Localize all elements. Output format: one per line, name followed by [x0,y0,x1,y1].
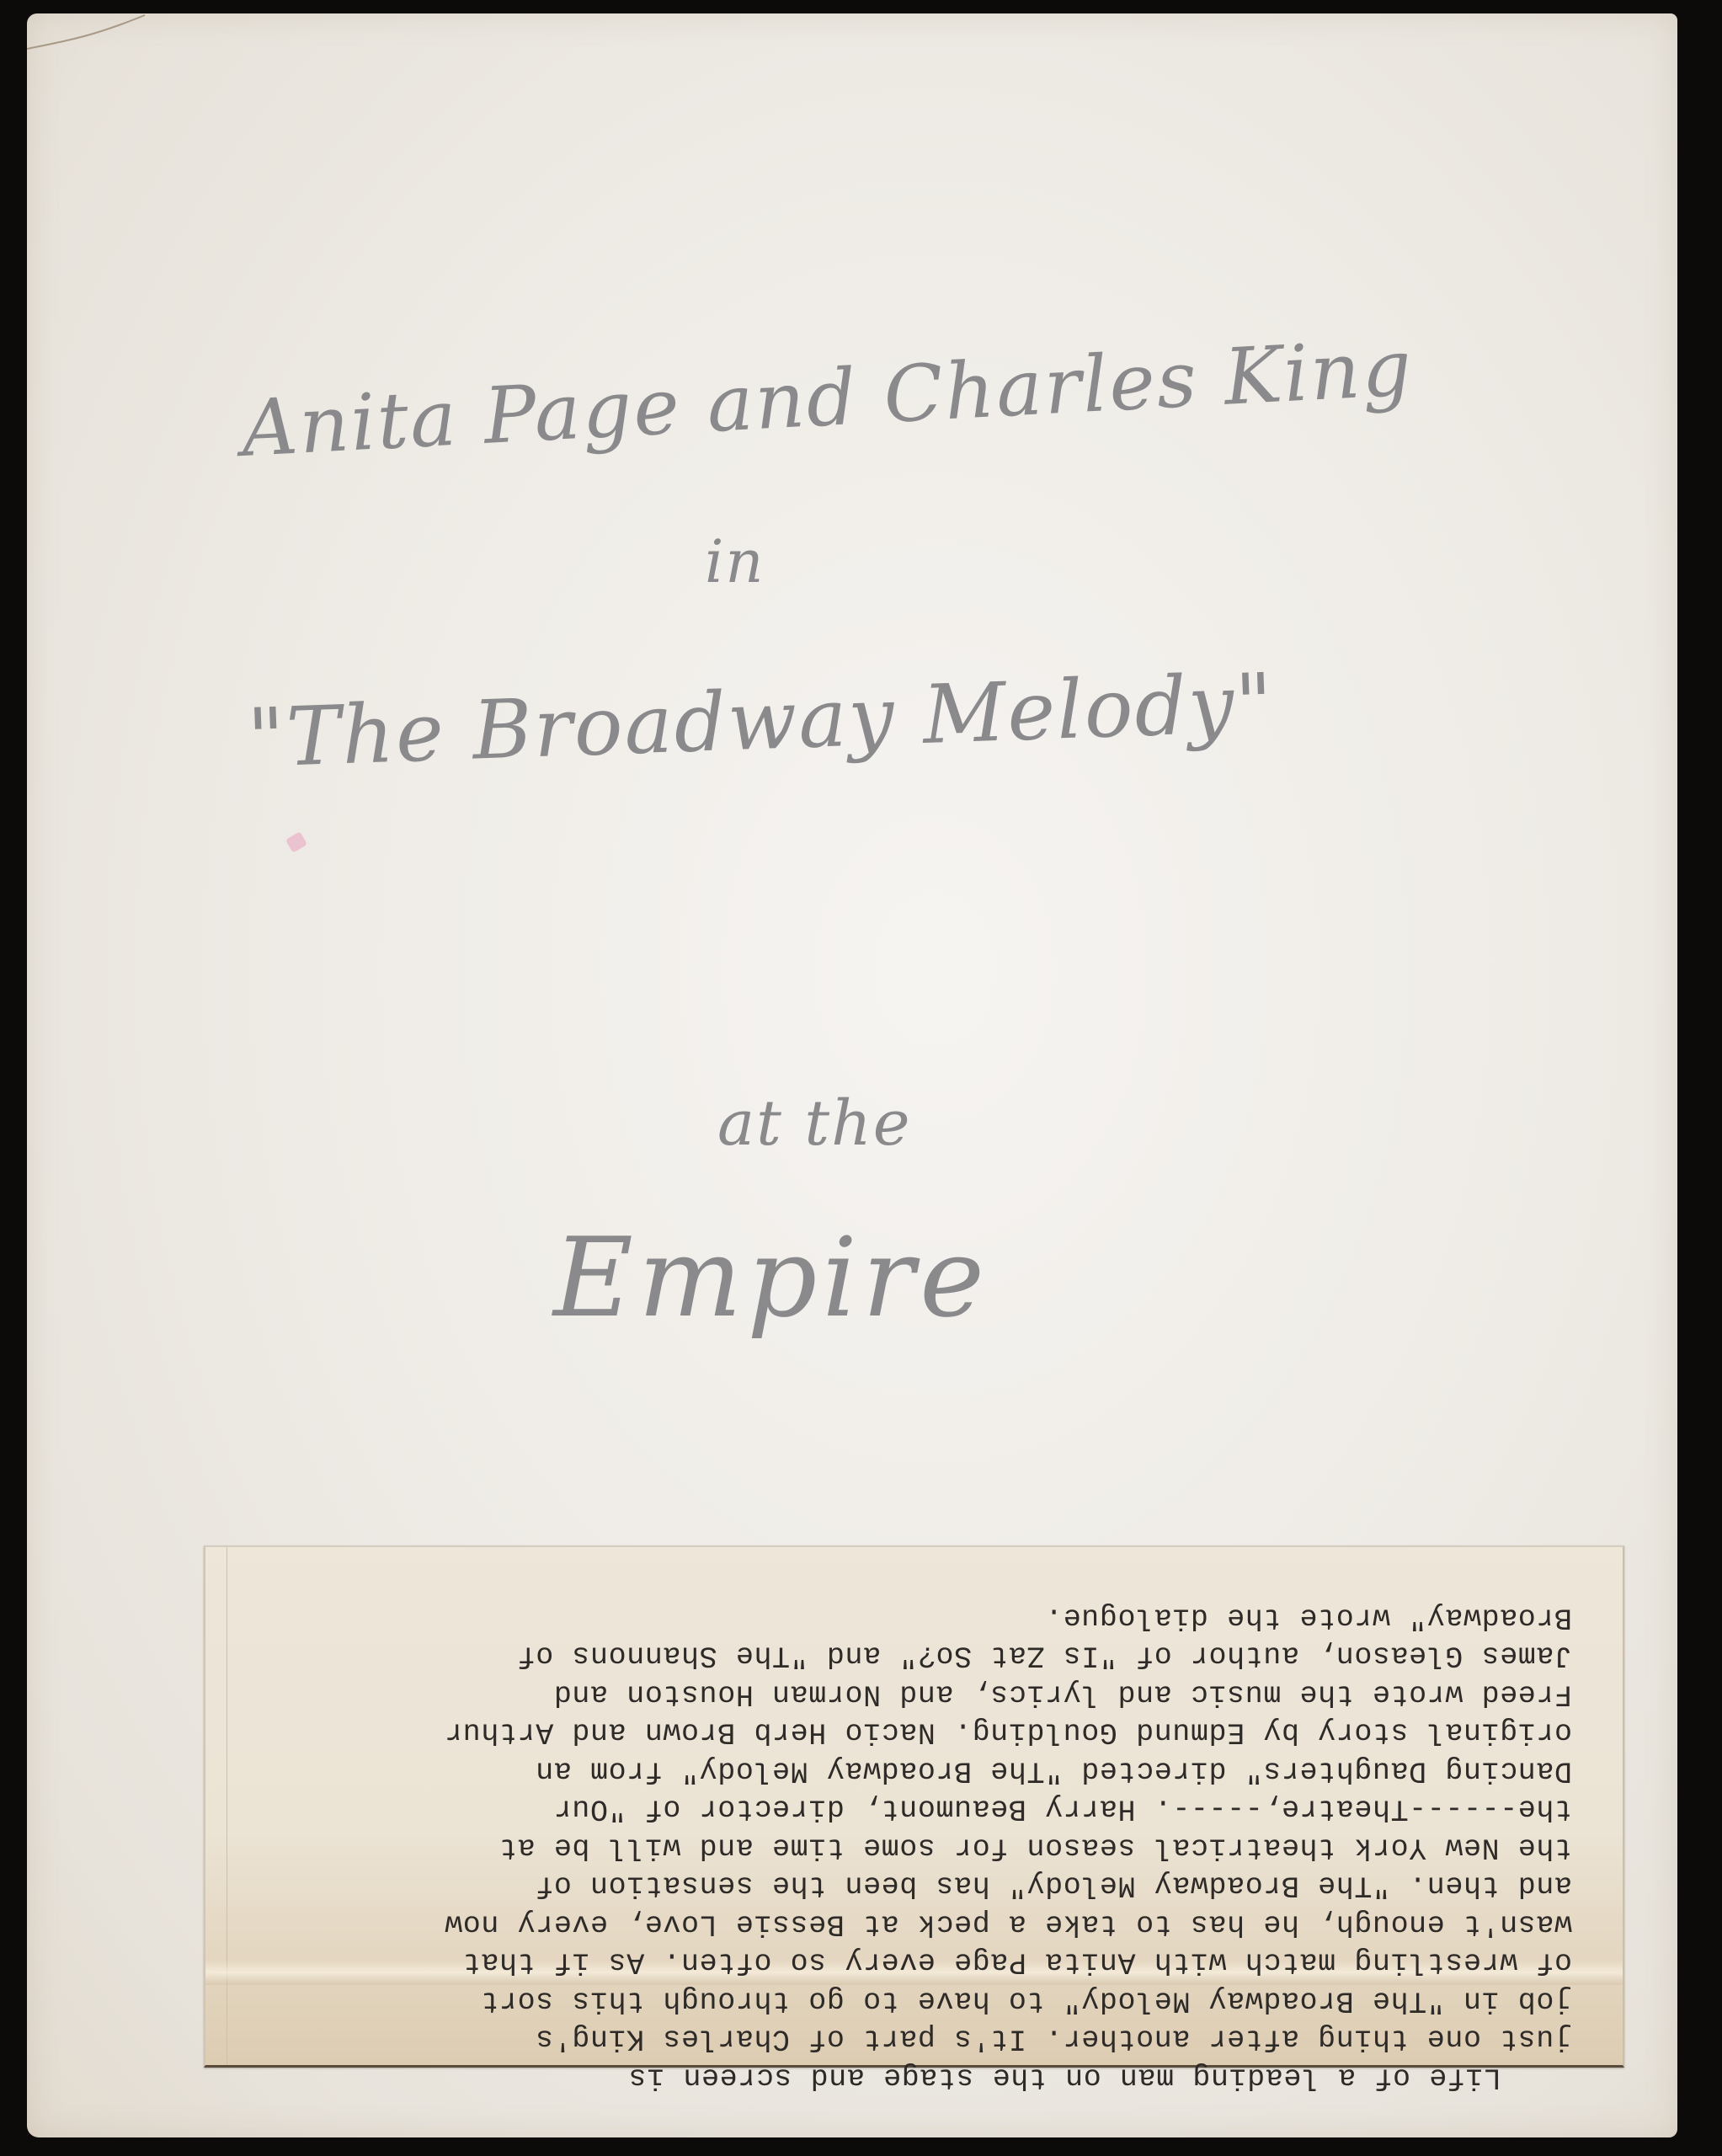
snipe-line: the------Theatre,-----. Harry Beaumont, … [256,1790,1572,1828]
snipe-line: James Gleason, author of "Is Zat So?" an… [256,1636,1572,1675]
snipe-line: and then. "The Broadway Melody" has been… [256,1866,1572,1905]
snipe-edge [227,1547,227,2065]
snipe-line: just one thing after another. It's part … [256,2020,1572,2058]
snipe-line: wasn't enough, he has to take a peck at … [256,1904,1572,1943]
snipe-line: Dancing Daughters" directed "The Broadwa… [256,1751,1572,1790]
snipe-text-upside-down: Life of a leading man on the stage and s… [256,1598,1572,2096]
snipe-line: original story by Edmund Goulding. Nacio… [256,1713,1572,1752]
pink-mark [285,831,307,853]
inscription-at-the: at the [717,1087,912,1160]
inscription-in: in [705,527,765,596]
typed-press-snipe: Life of a leading man on the stage and s… [204,1545,1624,2068]
snipe-line: Freed wrote the music and lyrics, and No… [256,1674,1572,1713]
inscription-film-title: "The Broadway Melody" [246,655,1276,786]
snipe-line: the New York theatrical season for some … [256,1828,1572,1866]
snipe-line: Life of a leading man on the stage and s… [256,2057,1572,2096]
inscription-venue: Empire [553,1214,989,1342]
corner-crack [27,13,153,56]
inscription-names: Anita Page and Charles King [239,323,1415,474]
snipe-line: of wrestling match with Anita Page every… [256,1943,1572,1982]
snipe-line: job in "The Broadway Melody" to have to … [256,1981,1572,2020]
snipe-line: Broadway" wrote the dialogue. [256,1598,1572,1636]
